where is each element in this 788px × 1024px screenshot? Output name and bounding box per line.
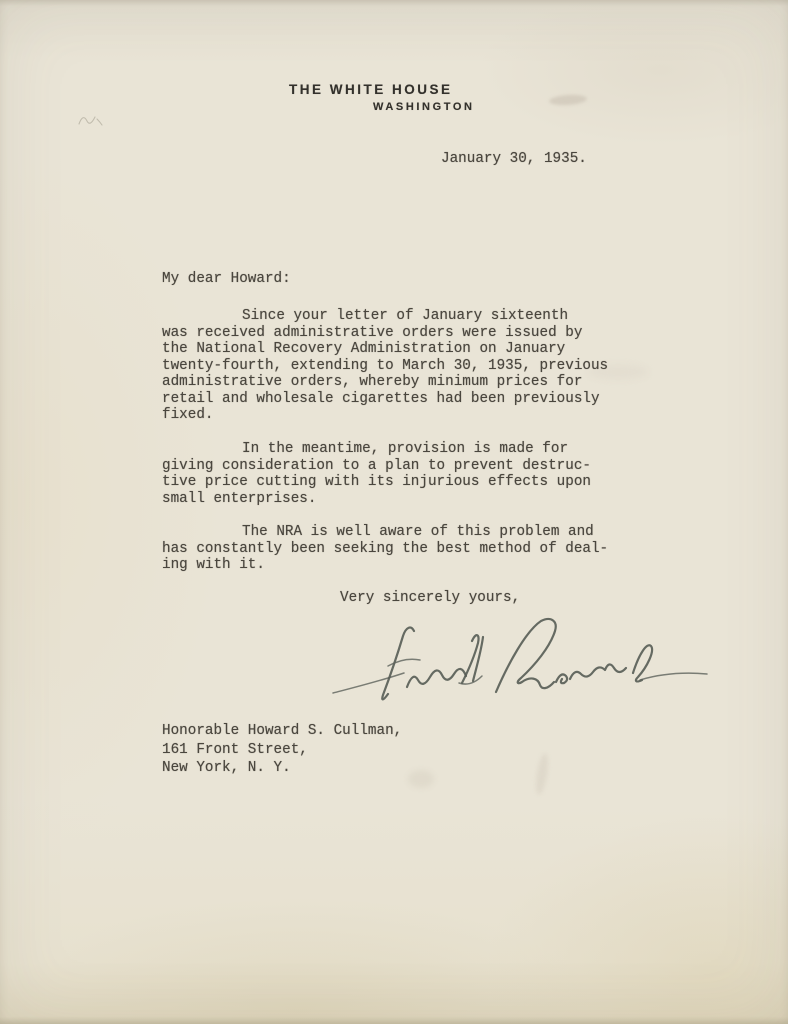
signature-franklin-d-roosevelt bbox=[330, 616, 710, 716]
date-line: January 30, 1935. bbox=[441, 151, 587, 168]
body-paragraph-3: The NRA is well aware of this problem an… bbox=[162, 524, 644, 574]
recipient-address-block: Honorable Howard S. Cullman, 161 Front S… bbox=[162, 722, 402, 778]
letter-page: THE WHITE HOUSE WASHINGTON January 30, 1… bbox=[0, 0, 788, 1024]
body-paragraph-1: Since your letter of January sixteenth w… bbox=[162, 308, 644, 424]
pencil-mark bbox=[76, 110, 106, 130]
body-paragraph-2: In the meantime, provision is made for g… bbox=[162, 441, 644, 507]
smudge-mark bbox=[549, 94, 588, 107]
smudge-mark bbox=[408, 770, 434, 788]
closing-line: Very sincerely yours, bbox=[340, 590, 520, 607]
letterhead-subtitle: WASHINGTON bbox=[373, 101, 475, 113]
smudge-mark bbox=[534, 752, 550, 795]
salutation: My dear Howard: bbox=[162, 271, 291, 288]
letterhead-title: THE WHITE HOUSE bbox=[289, 82, 453, 97]
